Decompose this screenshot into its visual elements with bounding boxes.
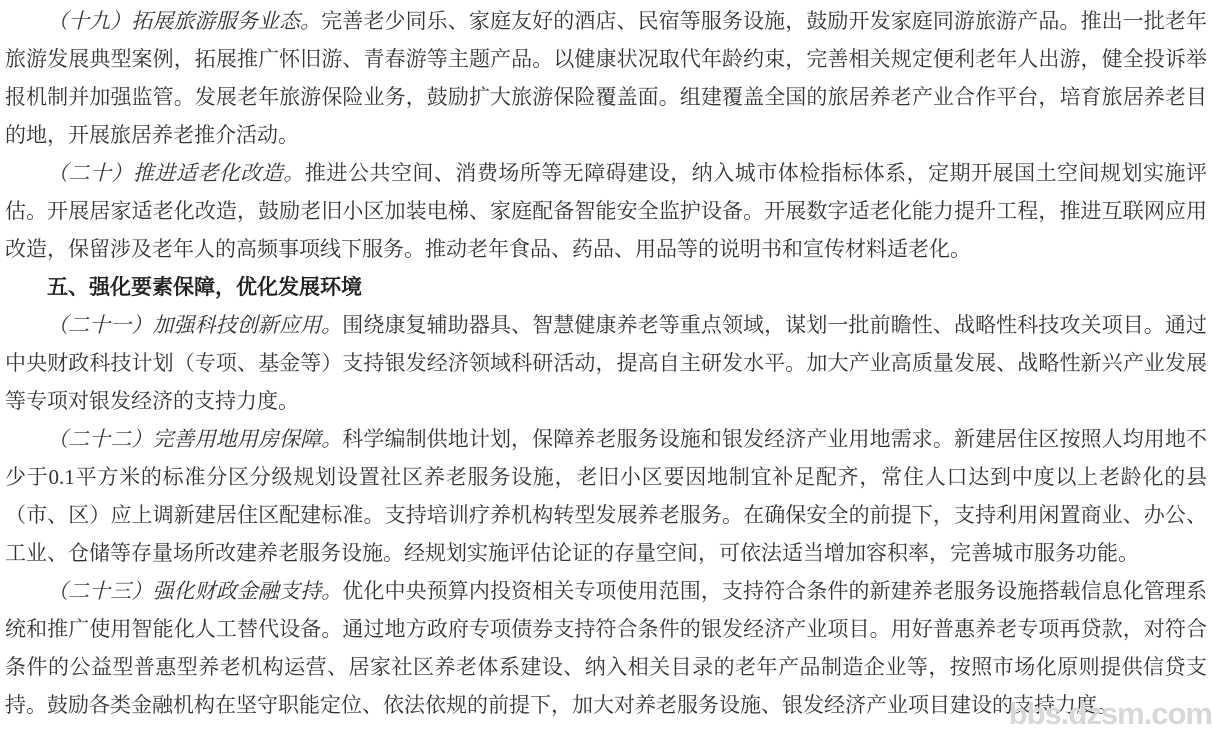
policy-item-22: （二十二）完善用地用房保障。科学编制供地计划，保障养老服务设施和银发经济产业用地… (5, 420, 1207, 572)
policy-item-21: （二十一）加强科技创新应用。围绕康复辅助器具、智慧健康养老等重点领域，谋划一批前… (5, 306, 1207, 420)
policy-item-21-lead: （二十一）加强科技创新应用。 (47, 313, 342, 337)
policy-item-20-lead: （二十）推进适老化改造。 (47, 161, 305, 185)
document-body: （十九）拓展旅游服务业态。完善老少同乐、家庭友好的酒店、民宿等服务设施，鼓励开发… (0, 0, 1213, 724)
policy-item-23-lead: （二十三）强化财政金融支持。 (47, 579, 342, 603)
policy-item-19-lead: （十九）拓展旅游服务业态。 (47, 9, 321, 33)
policy-item-22-lead: （二十二）完善用地用房保障。 (47, 427, 342, 451)
watermark: bbs.dzsm.com (1009, 696, 1212, 730)
section-heading-5: 五、强化要素保障，优化发展环境 (5, 268, 1207, 306)
policy-item-20: （二十）推进适老化改造。推进公共空间、消费场所等无障碍建设，纳入城市体检指标体系… (5, 154, 1207, 268)
policy-item-19: （十九）拓展旅游服务业态。完善老少同乐、家庭友好的酒店、民宿等服务设施，鼓励开发… (5, 2, 1207, 154)
